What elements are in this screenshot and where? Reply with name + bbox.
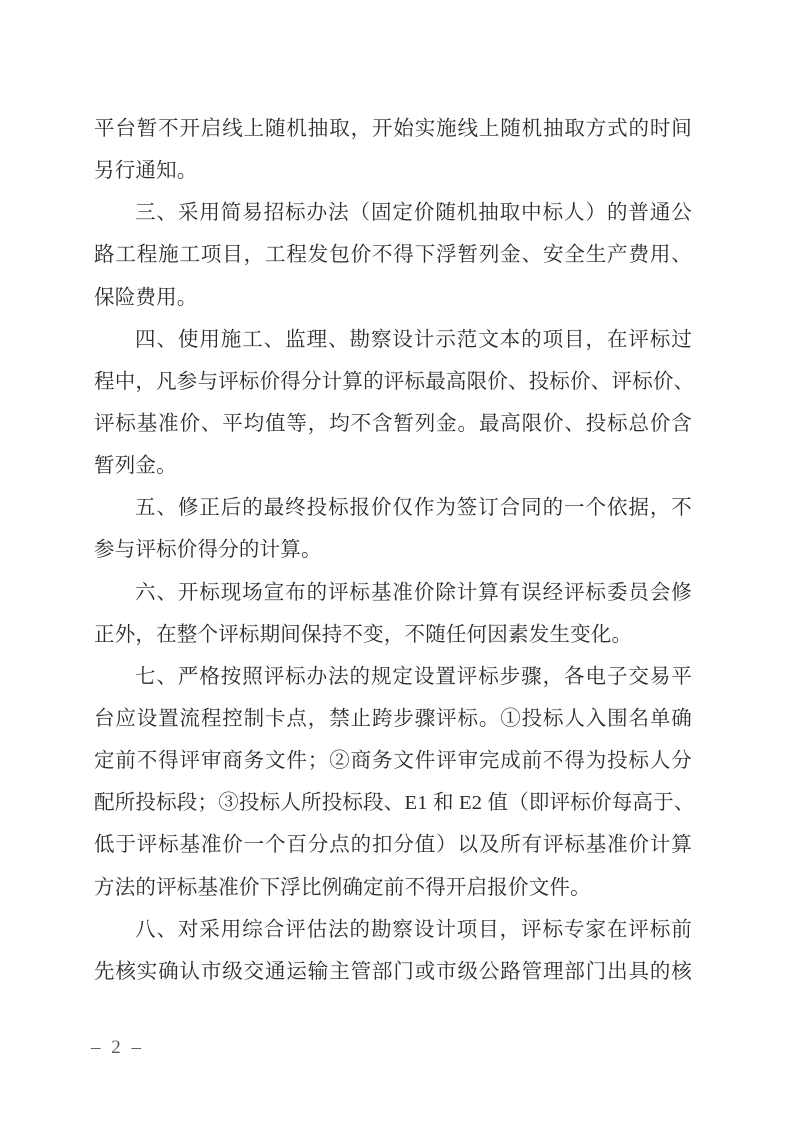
text-line: 路工程施工项目，工程发包价不得下浮暂列金、安全生产费用、 [94, 234, 692, 276]
text-line: 八、对采用综合评估法的勘察设计项目，评标专家在评标前 [94, 909, 692, 951]
text-line: 六、开标现场宣布的评标基准价除计算有误经评标委员会修 [94, 572, 692, 614]
text-line: 三、采用简易招标办法（固定价随机抽取中标人）的普通公 [94, 192, 692, 234]
text-line: 五、修正后的最终投标报价仅作为签订合同的一个依据，不 [94, 487, 692, 529]
text-line: 七、严格按照评标办法的规定设置评标步骤，各电子交易平 [94, 656, 692, 698]
text-line: 程中，凡参与评标价得分计算的评标最高限价、投标价、评标价、 [94, 361, 692, 403]
text-line: 正外，在整个评标期间保持不变，不随任何因素发生变化。 [94, 614, 692, 656]
body-text-block: 平台暂不开启线上随机抽取，开始实施线上随机抽取方式的时间另行通知。三、采用简易招… [94, 108, 692, 993]
document-page: 平台暂不开启线上随机抽取，开始实施线上随机抽取方式的时间另行通知。三、采用简易招… [0, 0, 793, 1122]
text-line: 方法的评标基准价下浮比例确定前不得开启报价文件。 [94, 867, 692, 909]
page-number: – 2 – [91, 1036, 144, 1060]
text-line: 另行通知。 [94, 150, 692, 192]
text-line: 低于评标基准价一个百分点的扣分值）以及所有评标基准价计算 [94, 824, 692, 866]
text-line: 平台暂不开启线上随机抽取，开始实施线上随机抽取方式的时间 [94, 108, 692, 150]
text-line: 台应设置流程控制卡点，禁止跨步骤评标。①投标人入围名单确 [94, 698, 692, 740]
text-line: 配所投标段；③投标人所投标段、E1 和 E2 值（即评标价每高于、 [94, 782, 692, 824]
text-line: 保险费用。 [94, 277, 692, 319]
text-line: 暂列金。 [94, 445, 692, 487]
text-line: 四、使用施工、监理、勘察设计示范文本的项目，在评标过 [94, 319, 692, 361]
text-line: 参与评标价得分的计算。 [94, 529, 692, 571]
text-line: 定前不得评审商务文件；②商务文件评审完成前不得为投标人分 [94, 740, 692, 782]
text-line: 评标基准价、平均值等，均不含暂列金。最高限价、投标总价含 [94, 403, 692, 445]
text-line: 先核实确认市级交通运输主管部门或市级公路管理部门出具的核 [94, 951, 692, 993]
